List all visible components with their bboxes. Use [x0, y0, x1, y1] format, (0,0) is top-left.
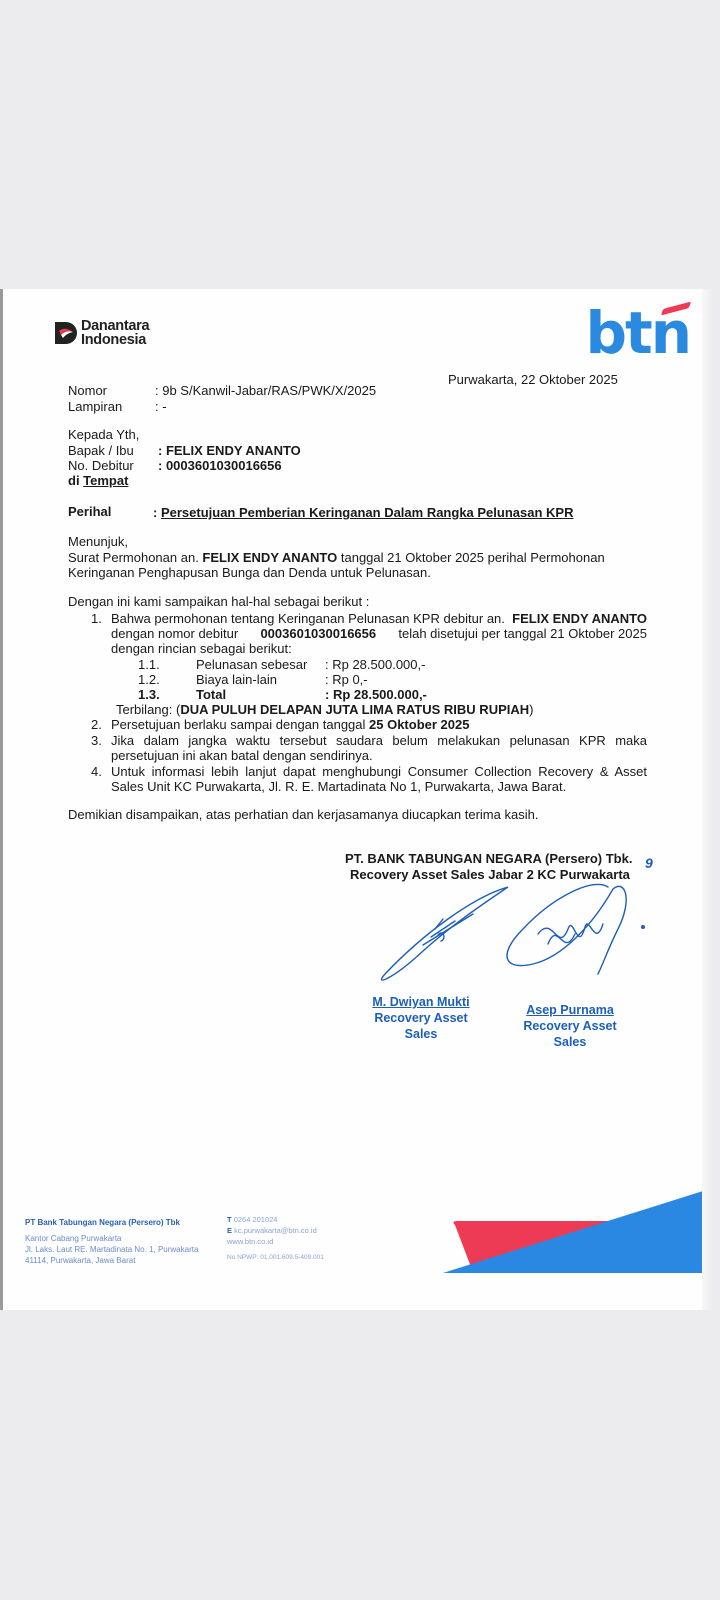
btn-logo: btn	[585, 299, 690, 367]
detail-row-label: Pelunasan sebesar	[196, 657, 307, 673]
recipient-name-label: Bapak / Ibu	[68, 443, 134, 459]
item1-text-3: telah disetujui per tanggal 21 Oktober 2…	[398, 626, 647, 642]
footer-website[interactable]: www.btn.co.id	[227, 1236, 324, 1247]
item2-date: 25 Oktober 2025	[369, 717, 469, 732]
terbilang-label: Terbilang: (	[116, 702, 180, 717]
signatures-icon	[363, 879, 653, 989]
recipient-name: : FELIX ENDY ANANTO	[158, 443, 301, 459]
place-date: Purwakarta, 22 Oktober 2025	[448, 372, 618, 388]
lampiran-value: : -	[155, 399, 167, 415]
item2-text: Persetujuan berlaku sampai dengan tangga…	[111, 717, 469, 733]
email-label: E	[227, 1226, 232, 1235]
item3-number: 3.	[91, 733, 102, 749]
signer-1-title: Recovery Asset Sales	[361, 1010, 481, 1042]
footer-address2: 41114, Purwakarta, Jawa Barat	[25, 1255, 198, 1266]
signer-1-name: M. Dwiyan Mukti	[361, 994, 481, 1010]
subject: : Persetujuan Pemberian Keringanan Dalam…	[153, 505, 573, 521]
footer-npwp: No NPWP: 01.001.609.5-409.001	[227, 1252, 324, 1263]
danantara-line2: Indonesia	[81, 333, 149, 347]
item1-number: 1.	[91, 611, 102, 627]
footer-contact-info: T 0264 201024 E kc.purwakarta@btn.co.id …	[227, 1214, 324, 1263]
intro-line1: Menunjuk,	[68, 534, 128, 550]
detail-row-label: Biaya lain-lain	[196, 672, 277, 688]
item4-line2: Sales Unit KC Purwakarta, Jl. R. E. Mart…	[111, 779, 566, 795]
danantara-logo: Danantara Indonesia	[53, 319, 149, 347]
nomor-label: Nomor	[68, 383, 107, 399]
body-lead: Dengan ini kami sampaikan hal-hal sebaga…	[68, 594, 369, 610]
item2-body: Persetujuan berlaku sampai dengan tangga…	[111, 717, 369, 732]
intro-text: Surat Permohonan an.	[68, 550, 202, 565]
letter-page: Danantara Indonesia btn Purwakarta, 22 O…	[0, 289, 712, 1310]
signer-2-title: Recovery Asset Sales	[510, 1018, 630, 1050]
footer-address1: Jl. Laks. Laut RE. Martadinata No. 1, Pu…	[25, 1244, 198, 1255]
footer-company: PT Bank Tabungan Negara (Persero) Tbk	[25, 1217, 198, 1228]
footer-phone: 0264 201024	[234, 1215, 278, 1224]
signer-1: M. Dwiyan Mukti Recovery Asset Sales	[361, 994, 481, 1042]
greeting: Kepada Yth,	[68, 427, 139, 443]
debitur-label: No. Debitur	[68, 458, 134, 474]
detail-row-number: 1.2.	[138, 672, 160, 688]
place-prefix: di	[68, 473, 83, 488]
signer-2: Asep Purnama Recovery Asset Sales	[510, 1002, 630, 1050]
item2-number: 2.	[91, 717, 102, 733]
detail-row-label: Total	[196, 687, 226, 703]
phone-label: T	[227, 1215, 232, 1224]
intro-line3: Keringanan Penghapusan Bunga dan Denda u…	[68, 565, 431, 581]
item1-text-2: dengan nomor debitur	[111, 626, 238, 642]
terbilang: Terbilang: (DUA PULUH DELAPAN JUTA LIMA …	[116, 702, 533, 718]
initial-mark: 9	[645, 855, 653, 871]
item1-text: Bahwa permohonan tentang Keringanan Pelu…	[111, 611, 505, 627]
detail-row-value: : Rp 28.500.000,-	[325, 657, 425, 673]
danantara-d-icon	[53, 320, 79, 346]
place-name: Tempat	[83, 473, 128, 488]
footer-decoration-icon	[441, 1187, 703, 1273]
detail-row-value: : Rp 0,-	[325, 672, 368, 688]
detail-row-number: 1.1.	[138, 657, 160, 673]
signer-2-name: Asep Purnama	[510, 1002, 630, 1018]
item1-line1: Bahwa permohonan tentang Keringanan Pelu…	[111, 611, 647, 627]
footer-email[interactable]: kc.purwakarta@btn.co.id	[234, 1226, 317, 1235]
subject-value: Persetujuan Pemberian Keringanan Dalam R…	[161, 505, 574, 520]
detail-row-number: 1.3.	[138, 687, 160, 703]
item3-line1: Jika dalam jangka waktu tersebut saudara…	[111, 733, 647, 749]
item4-line1: Untuk informasi lebih lanjut dapat mengh…	[111, 764, 647, 780]
item1-line2: dengan nomor debitur0003601030016656tela…	[111, 626, 647, 642]
item3-line2: persetujuan ini akan batal dengan sendir…	[111, 748, 373, 764]
footer-office: Kantor Cabang Purwakarta	[25, 1233, 198, 1244]
item4-number: 4.	[91, 764, 102, 780]
footer-company-info: PT Bank Tabungan Negara (Persero) Tbk Ka…	[25, 1217, 198, 1266]
detail-row-value: : Rp 28.500.000,-	[325, 687, 427, 703]
terbilang-close: )	[529, 702, 533, 717]
subject-colon: :	[153, 505, 161, 520]
danantara-line1: Danantara	[81, 319, 149, 333]
subject-label: Perihal	[68, 504, 111, 520]
closing: Demikian disampaikan, atas perhatian dan…	[68, 807, 538, 823]
intro-name: FELIX ENDY ANANTO	[202, 550, 337, 565]
terbilang-value: DUA PULUH DELAPAN JUTA LIMA RATUS RIBU R…	[180, 702, 529, 717]
item1-line3: dengan rincian sebagai berikut:	[111, 641, 292, 657]
item1-debitur: 0003601030016656	[260, 626, 376, 642]
nomor-value: : 9b S/Kanwil-Jabar/RAS/PWK/X/2025	[155, 383, 376, 399]
recipient-place: di Tempat	[68, 473, 128, 489]
company-name: PT. BANK TABUNGAN NEGARA (Persero) Tbk.	[345, 851, 632, 867]
intro-text-2: tanggal 21 Oktober 2025 perihal Permohon…	[337, 550, 604, 565]
lampiran-label: Lampiran	[68, 399, 122, 415]
debitur-number: : 0003601030016656	[158, 458, 282, 474]
item1-name: FELIX ENDY ANANTO	[512, 611, 647, 627]
intro-line2: Surat Permohonan an. FELIX ENDY ANANTO t…	[68, 550, 605, 566]
